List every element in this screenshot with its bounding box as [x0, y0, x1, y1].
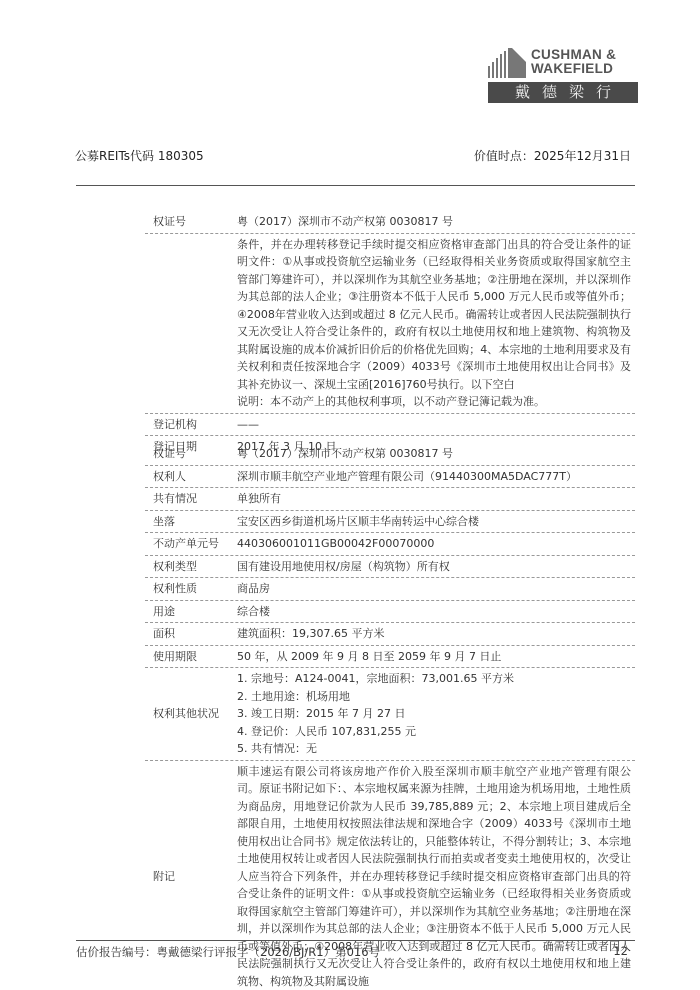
- other-status-line: 4. 登记价：人民币 107,831,255 元: [237, 723, 631, 741]
- row-value: ——: [237, 414, 635, 436]
- row-value: 单独所有: [237, 488, 635, 510]
- row-value: 综合楼: [237, 601, 635, 623]
- table-row: 权利其他状况 1. 宗地号：A124-0041，宗地面积：73,001.65 平…: [145, 668, 635, 761]
- row-value: 国有建设用地使用权/房屋（构筑物）所有权: [237, 556, 635, 578]
- row-label: 登记机构: [145, 414, 237, 436]
- other-status-line: 5. 共有情况：无: [237, 740, 631, 758]
- table-row: 登记机构 ——: [145, 414, 635, 437]
- row-label: [145, 234, 237, 413]
- table-row: 面积 建筑面积：19,307.65 平方米: [145, 623, 635, 646]
- row-label: 权利其他状况: [145, 668, 237, 760]
- row-label: 不动产单元号: [145, 533, 237, 555]
- other-status-line: 2. 土地用途：机场用地: [237, 688, 631, 706]
- company-logo: CUSHMAN & WAKEFIELD 戴德梁行: [488, 46, 638, 106]
- other-status-line: 3. 竣工日期：2015 年 7 月 27 日: [237, 705, 631, 723]
- row-value: 50 年，从 2009 年 9 月 8 日至 2059 年 9 月 7 日止: [237, 646, 635, 668]
- property-certificate-table-1: 权证号 粤（2017）深圳市不动产权第 0030817 号 条件，并在办理转移登…: [145, 211, 635, 458]
- table-row: 使用期限 50 年，从 2009 年 9 月 8 日至 2059 年 9 月 7…: [145, 646, 635, 669]
- chinese-brand-name: 戴德梁行: [488, 82, 638, 103]
- other-status-line: 1. 宗地号：A124-0041，宗地面积：73,001.65 平方米: [237, 670, 631, 688]
- row-label: 权利人: [145, 466, 237, 488]
- table-row: 权利性质 商品房: [145, 578, 635, 601]
- table-row: 权利类型 国有建设用地使用权/房屋（构筑物）所有权: [145, 556, 635, 579]
- continued-text: 条件，并在办理转移登记手续时提交相应资格审查部门出具的符合受让条件的证明文件：①…: [237, 236, 631, 394]
- row-value: 深圳市顺丰航空产业地产管理有限公司（91440300MA5DAC777T）: [237, 466, 635, 488]
- table-row: 坐落 宝安区西乡街道机场片区顺丰华南转运中心综合楼: [145, 511, 635, 534]
- row-label: 权利类型: [145, 556, 237, 578]
- row-value: 商品房: [237, 578, 635, 600]
- reit-code: 公募REITs代码 180305: [75, 147, 204, 164]
- header-divider: [76, 185, 635, 186]
- row-label: 共有情况: [145, 488, 237, 510]
- row-label: 权证号: [145, 211, 237, 233]
- table-row: 不动产单元号 440306001011GB00042F00070000: [145, 533, 635, 556]
- building-bars-icon: [488, 48, 528, 78]
- table-row: 权利人 深圳市顺丰航空产业地产管理有限公司（91440300MA5DAC777T…: [145, 466, 635, 489]
- table-row: 共有情况 单独所有: [145, 488, 635, 511]
- row-label: 权证号: [145, 443, 237, 465]
- wordmark: CUSHMAN & WAKEFIELD: [531, 48, 616, 76]
- wordmark-line1: CUSHMAN &: [531, 48, 616, 62]
- row-label: 使用期限: [145, 646, 237, 668]
- property-certificate-table-2: 权证号 粤（2017）深圳市不动产权第 0030817 号 权利人 深圳市顺丰航…: [145, 443, 635, 990]
- row-value: 建筑面积：19,307.65 平方米: [237, 623, 635, 645]
- row-value: 440306001011GB00042F00070000: [237, 533, 635, 555]
- table-row: 权证号 粤（2017）深圳市不动产权第 0030817 号: [145, 443, 635, 466]
- row-label: 坐落: [145, 511, 237, 533]
- footer-divider: [76, 940, 635, 941]
- row-value: 粤（2017）深圳市不动产权第 0030817 号: [237, 211, 635, 233]
- note-text: 说明：本不动产上的其他权利事项，以不动产登记簿记载为准。: [237, 393, 631, 411]
- row-label: 用途: [145, 601, 237, 623]
- page-number: 12: [613, 944, 628, 958]
- row-value: 1. 宗地号：A124-0041，宗地面积：73,001.65 平方米 2. 土…: [237, 668, 635, 760]
- table-row: 条件，并在办理转移登记手续时提交相应资格审查部门出具的符合受让条件的证明文件：①…: [145, 234, 635, 414]
- wordmark-line2: WAKEFIELD: [531, 62, 616, 76]
- row-value: 宝安区西乡街道机场片区顺丰华南转运中心综合楼: [237, 511, 635, 533]
- row-value: 粤（2017）深圳市不动产权第 0030817 号: [237, 443, 635, 465]
- row-label: 权利性质: [145, 578, 237, 600]
- table-row: 权证号 粤（2017）深圳市不动产权第 0030817 号: [145, 211, 635, 234]
- row-value: 条件，并在办理转移登记手续时提交相应资格审查部门出具的符合受让条件的证明文件：①…: [237, 234, 635, 413]
- row-label: 面积: [145, 623, 237, 645]
- valuation-date: 价值时点：2025年12月31日: [474, 147, 631, 164]
- table-row: 用途 综合楼: [145, 601, 635, 624]
- report-number: 估价报告编号：粤戴德梁行评报字（2026/BJ/R1）第016号: [76, 944, 380, 960]
